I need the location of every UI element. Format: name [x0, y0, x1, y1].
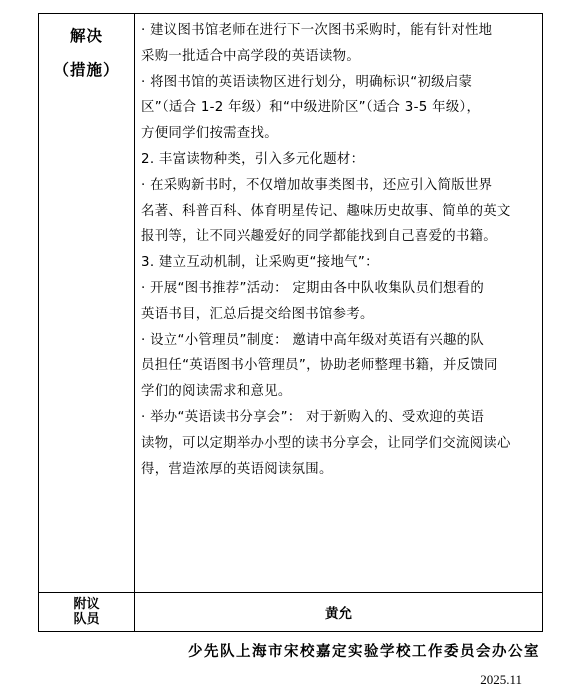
- document-date: 2025.11: [430, 672, 522, 688]
- content-line: · 将图书馆的英语读物区进行划分，明确标识“初级启蒙: [141, 70, 536, 96]
- content-line: 学们的阅读需求和意见。: [141, 379, 536, 405]
- content-line: 报刊等，让不同兴趣爱好的同学都能找到自己喜爱的书籍。: [141, 224, 536, 250]
- measures-label: （措施）: [53, 56, 119, 84]
- seconding-label-cell: 附议 队员: [39, 593, 135, 631]
- content-line: · 建议图书馆老师在进行下一次图书采购时，能有针对性地: [141, 18, 536, 44]
- content-line: · 开展“图书推荐”活动： 定期由各中队收集队员们想看的: [141, 276, 536, 302]
- section-heading: 3. 建立互动机制，让采购更“接地气”：: [141, 250, 536, 276]
- content-line: · 设立“小管理员”制度： 邀请中高年级对英语有兴趣的队: [141, 328, 536, 354]
- seconding-label-line1: 附议: [73, 597, 99, 612]
- content-line: 采购一批适合中高学段的英语读物。: [141, 44, 536, 70]
- seconding-member-row: 附议 队员 黄允: [39, 593, 542, 631]
- seconding-label-line2: 队员: [73, 612, 99, 627]
- organization-signature: 少先队上海市宋校嘉定实验学校工作委员会办公室: [160, 640, 540, 661]
- content-line: 得，营造浓厚的英语阅读氛围。: [141, 457, 536, 483]
- content-line: 方便同学们按需查找。: [141, 121, 536, 147]
- content-line: 名著、科普百科、体育明星传记、趣味历史故事、简单的英文: [141, 199, 536, 225]
- solution-content: · 建议图书馆老师在进行下一次图书采购时，能有针对性地 采购一批适合中高学段的英…: [135, 14, 542, 592]
- content-line: 员担任“英语图书小管理员”，协助老师整理书籍，并反馈同: [141, 353, 536, 379]
- member-name: 黄允: [325, 602, 352, 622]
- content-line: 英语书目，汇总后提交给图书馆参考。: [141, 302, 536, 328]
- content-line: · 在采购新书时，不仅增加故事类图书，还应引入简版世界: [141, 173, 536, 199]
- content-line: 区”（适合 1-2 年级）和“中级进阶区”（适合 3-5 年级），: [141, 95, 536, 121]
- seconding-member-cell: 黄允: [135, 593, 542, 631]
- solution-label-cell: 解决 （措施）: [39, 14, 135, 592]
- solution-row: 解决 （措施） · 建议图书馆老师在进行下一次图书采购时，能有针对性地 采购一批…: [39, 14, 542, 593]
- section-heading: 2. 丰富读物种类，引入多元化题材：: [141, 147, 536, 173]
- solution-label: 解决: [70, 22, 103, 50]
- content-line: 读物，可以定期举办小型的读书分享会，让同学们交流阅读心: [141, 431, 536, 457]
- content-line: · 举办“英语读书分享会”： 对于新购入的、受欢迎的英语: [141, 405, 536, 431]
- proposal-table: 解决 （措施） · 建议图书馆老师在进行下一次图书采购时，能有针对性地 采购一批…: [38, 13, 543, 632]
